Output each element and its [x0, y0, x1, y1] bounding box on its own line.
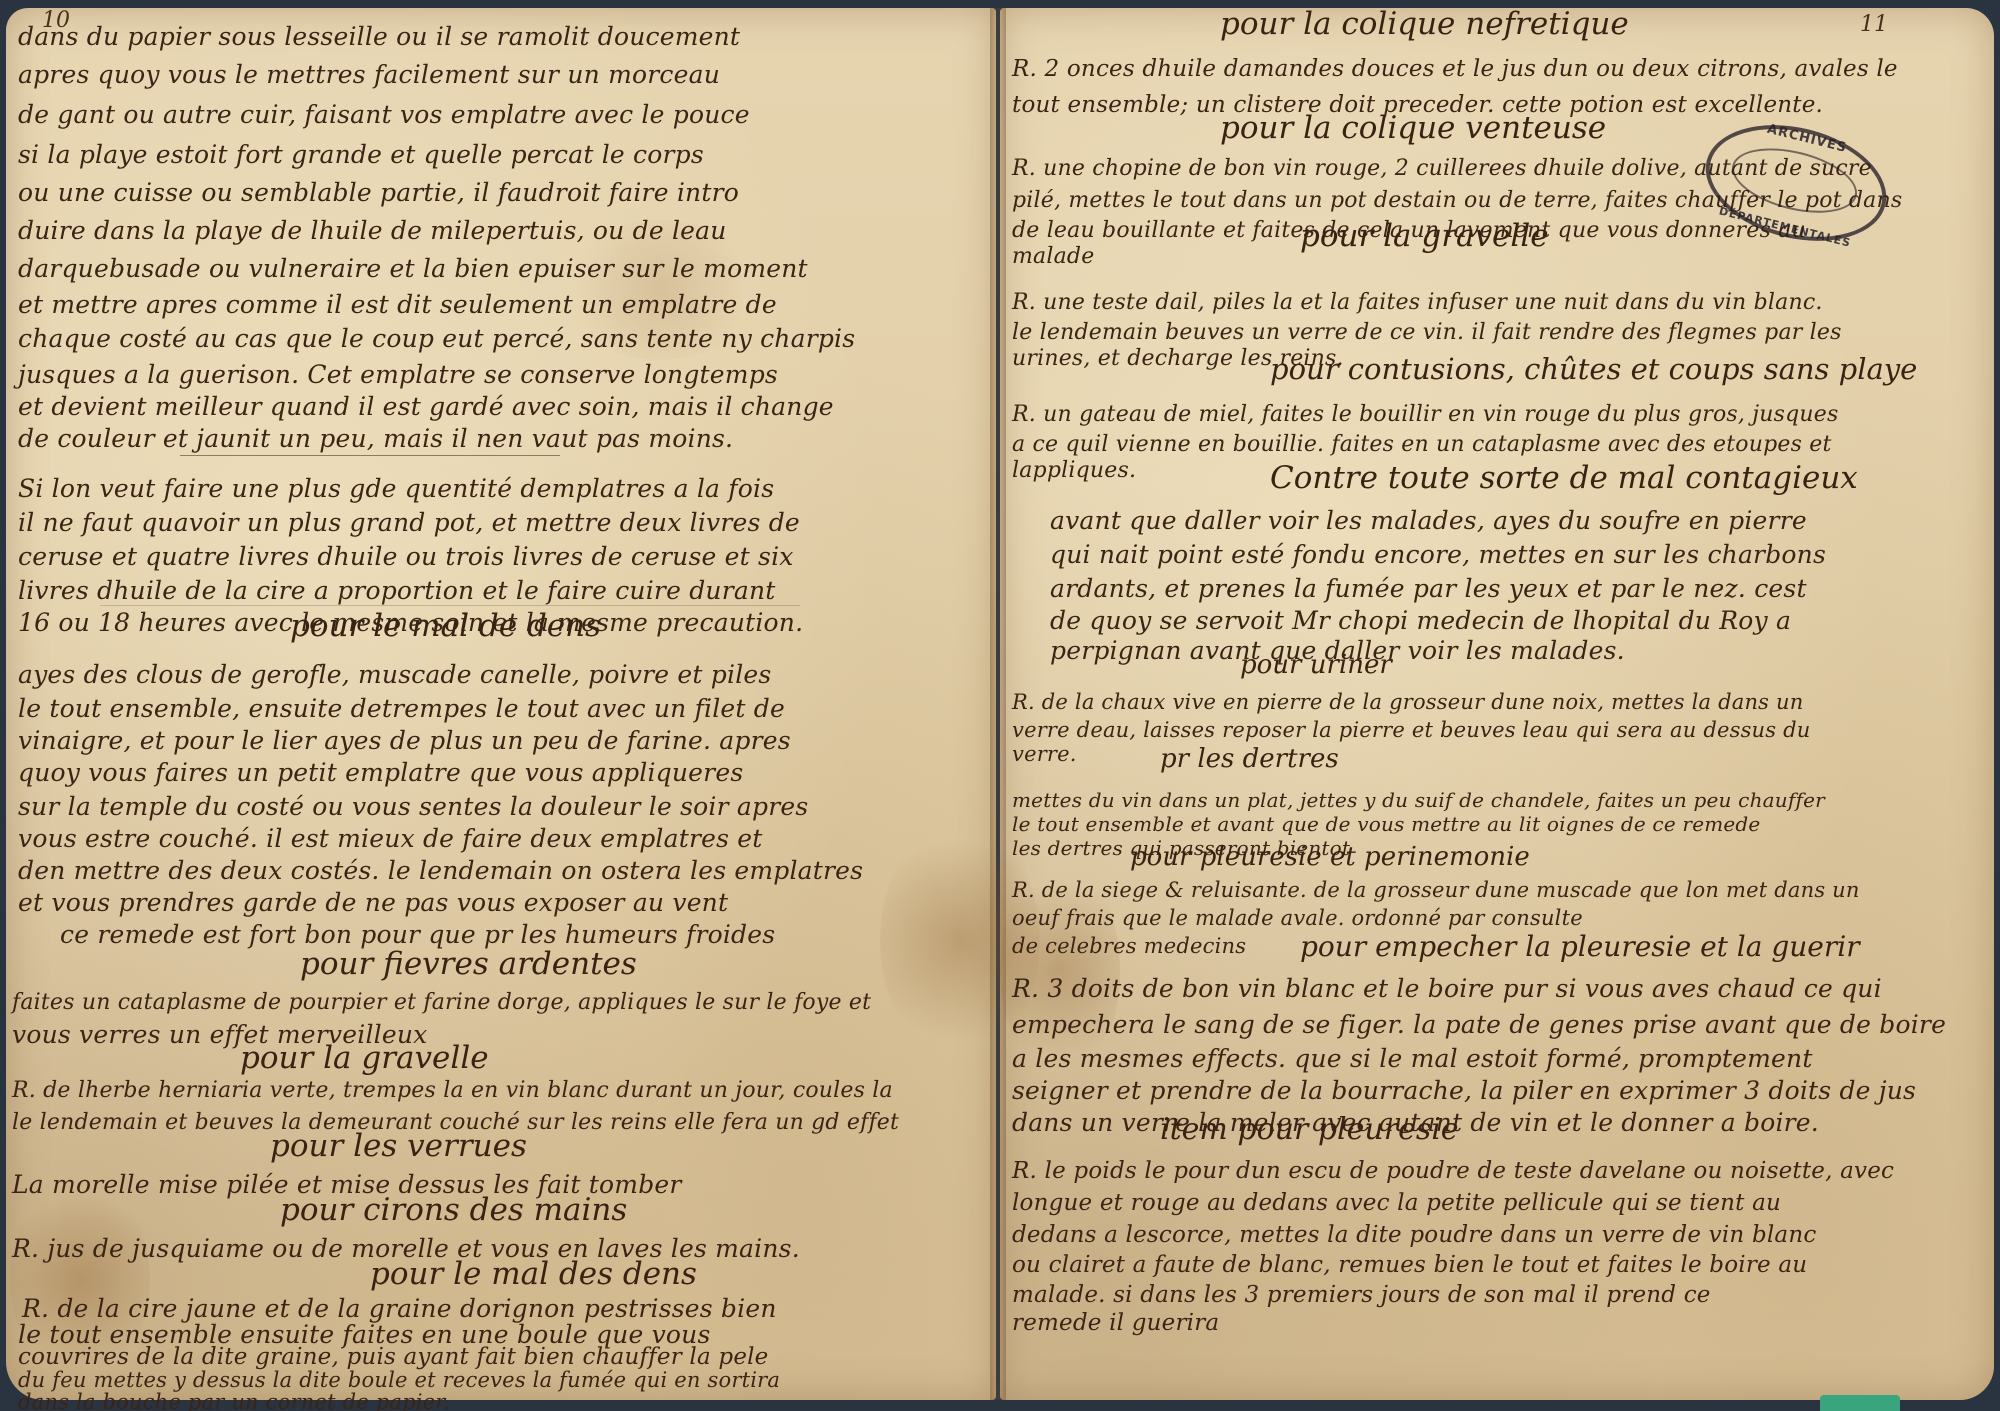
text-line: R. 2 onces dhuile damandes douces et le … [1012, 56, 1898, 82]
section-heading: pour le mal des dens [370, 1256, 697, 1292]
text-line: le tout ensemble, ensuite detrempes le t… [18, 694, 785, 723]
text-line: ardants, et prenes la fumée par les yeux… [1050, 574, 1807, 603]
divider-rule [100, 605, 800, 606]
text-line: le lendemain beuves un verre de ce vin. … [1012, 320, 1842, 345]
text-line: duire dans la playe de lhuile de mileper… [18, 216, 727, 245]
text-line: R. un gateau de miel, faites le bouillir… [1012, 402, 1839, 427]
section-heading: pour le mal de dens [290, 608, 601, 644]
text-line: couvrires de la dite graine, puis ayant … [18, 1344, 769, 1370]
section-heading: pour la gravelle [240, 1040, 489, 1076]
bookmark-tab [1820, 1395, 1900, 1411]
section-heading: pour empecher la pleuresie et la guerir [1300, 930, 1860, 963]
text-line: de quoy se servoit Mr chopi medecin de l… [1050, 606, 1791, 635]
section-heading: pour contusions, chûtes et coups sans pl… [1270, 352, 1917, 386]
divider-rule [180, 455, 560, 456]
section-heading: item pour pleuresie [1160, 1112, 1459, 1147]
text-line: avant que daller voir les malades, ayes … [1050, 506, 1807, 535]
text-line: R. de la chaux vive en pierre de la gros… [1012, 690, 1804, 714]
section-heading: pour uriner [1240, 650, 1392, 680]
text-line: faites un cataplasme de pourpier et fari… [12, 990, 871, 1015]
text-line: quoy vous faires un petit emplatre que v… [18, 758, 743, 787]
text-line: verre. [1012, 742, 1077, 766]
text-line: du feu mettes y dessus la dite boule et … [18, 1368, 780, 1392]
text-line: R. de lherbe herniaria verte, trempes la… [12, 1078, 893, 1103]
section-heading: pour la colique nefretique [1220, 6, 1629, 42]
text-line: vinaigre, et pour le lier ayes de plus u… [18, 726, 791, 755]
text-line: malade [1012, 244, 1094, 269]
text-line: et devient meilleur quand il est gardé a… [18, 392, 834, 421]
text-line: il ne faut quavoir un plus grand pot, et… [18, 508, 800, 537]
text-line: livres dhuile de la cire a proportion et… [18, 576, 776, 605]
text-line: sur la temple du costé ou vous sentes la… [18, 792, 808, 821]
section-heading: Contre toute sorte de mal contagieux [1270, 460, 1858, 496]
text-line: oeuf frais que le malade avale. ordonné … [1012, 906, 1583, 930]
text-line: et mettre apres comme il est dit seuleme… [18, 290, 777, 319]
text-line: ou clairet a faute de blanc, remues bien… [1012, 1252, 1807, 1278]
text-line: R. de la cire jaune et de la graine dori… [22, 1294, 777, 1323]
text-line: chaque costé au cas que le coup eut perc… [18, 324, 855, 353]
text-line: remede il guerira [1012, 1310, 1219, 1336]
text-line: mettes du vin dans un plat, jettes y du … [1012, 788, 1825, 812]
text-line: de celebres medecins [1012, 934, 1246, 958]
text-line: qui nait point esté fondu encore, mettes… [1050, 540, 1826, 569]
text-line: a les mesmes effects. que si le mal esto… [1012, 1044, 1813, 1073]
text-line: ou une cuisse ou semblable partie, il fa… [18, 178, 739, 207]
text-line: si la playe estoit fort grande et quelle… [18, 140, 704, 169]
text-line: apres quoy vous le mettres facilement su… [18, 60, 720, 89]
text-line: a ce quil vienne en bouillie. faites en … [1012, 432, 1832, 457]
text-line: R. de la siege & reluisante. de la gross… [1012, 878, 1860, 902]
text-line: Si lon veut faire une plus gde quentité … [18, 474, 774, 503]
section-heading: pour cirons des mains [280, 1192, 627, 1228]
text-line: ceruse et quatre livres dhuile ou trois … [18, 542, 794, 571]
text-line: ce remede est fort bon pour que pr les h… [60, 920, 775, 949]
text-line: lappliques. [1012, 458, 1136, 483]
text-line: dans du papier sous lesseille ou il se r… [18, 22, 740, 51]
text-line: ayes des clous de gerofle, muscade canel… [18, 660, 771, 689]
text-line: malade. si dans les 3 premiers jours de … [1012, 1282, 1711, 1308]
section-heading: pour la colique venteuse [1220, 110, 1606, 146]
text-line: verre deau, laisses reposer la pierre et… [1012, 718, 1811, 742]
text-line: R. 3 doits de bon vin blanc et le boire … [1012, 974, 1882, 1003]
text-line: empechera le sang de se figer. la pate d… [1012, 1010, 1946, 1039]
text-line: de gant ou autre cuir, faisant vos empla… [18, 100, 750, 129]
text-line: et vous prendres garde de ne pas vous ex… [18, 888, 728, 917]
section-heading: pr les dertres [1160, 744, 1339, 774]
text-line: R. une teste dail, piles la et la faites… [1012, 290, 1823, 315]
section-heading: pour les verrues [270, 1128, 527, 1164]
section-heading: pour pleuresie et perinemonie [1130, 842, 1530, 872]
text-line: dedans a lescorce, mettes la dite poudre… [1012, 1222, 1816, 1248]
text-line: vous estre couché. il est mieux de faire… [18, 824, 763, 853]
text-line: dans la bouche par un cornet de papier. [18, 1390, 450, 1411]
section-heading: pour la gravelle [1300, 218, 1549, 254]
section-heading: pour fievres ardentes [300, 946, 637, 982]
text-line: seigner et prendre de la bourrache, la p… [1012, 1076, 1916, 1105]
text-line: den mettre des deux costés. le lendemain… [18, 856, 863, 885]
page-number-right: 11 [1860, 12, 1888, 37]
text-line: R. le poids le pour dun escu de poudre d… [1012, 1158, 1894, 1184]
manuscript-spread: 10 11 dans du papier sous lesseille ou i… [0, 0, 2000, 1411]
text-line: le tout ensemble et avant que de vous me… [1012, 812, 1760, 836]
text-line: darquebusade ou vulneraire et la bien ep… [18, 254, 808, 283]
text-line: longue et rouge au dedans avec la petite… [1012, 1190, 1781, 1216]
text-line: jusques a la guerison. Cet emplatre se c… [18, 360, 778, 389]
book-gutter [990, 8, 1006, 1400]
text-line: de couleur et jaunit un peu, mais il nen… [18, 424, 733, 453]
